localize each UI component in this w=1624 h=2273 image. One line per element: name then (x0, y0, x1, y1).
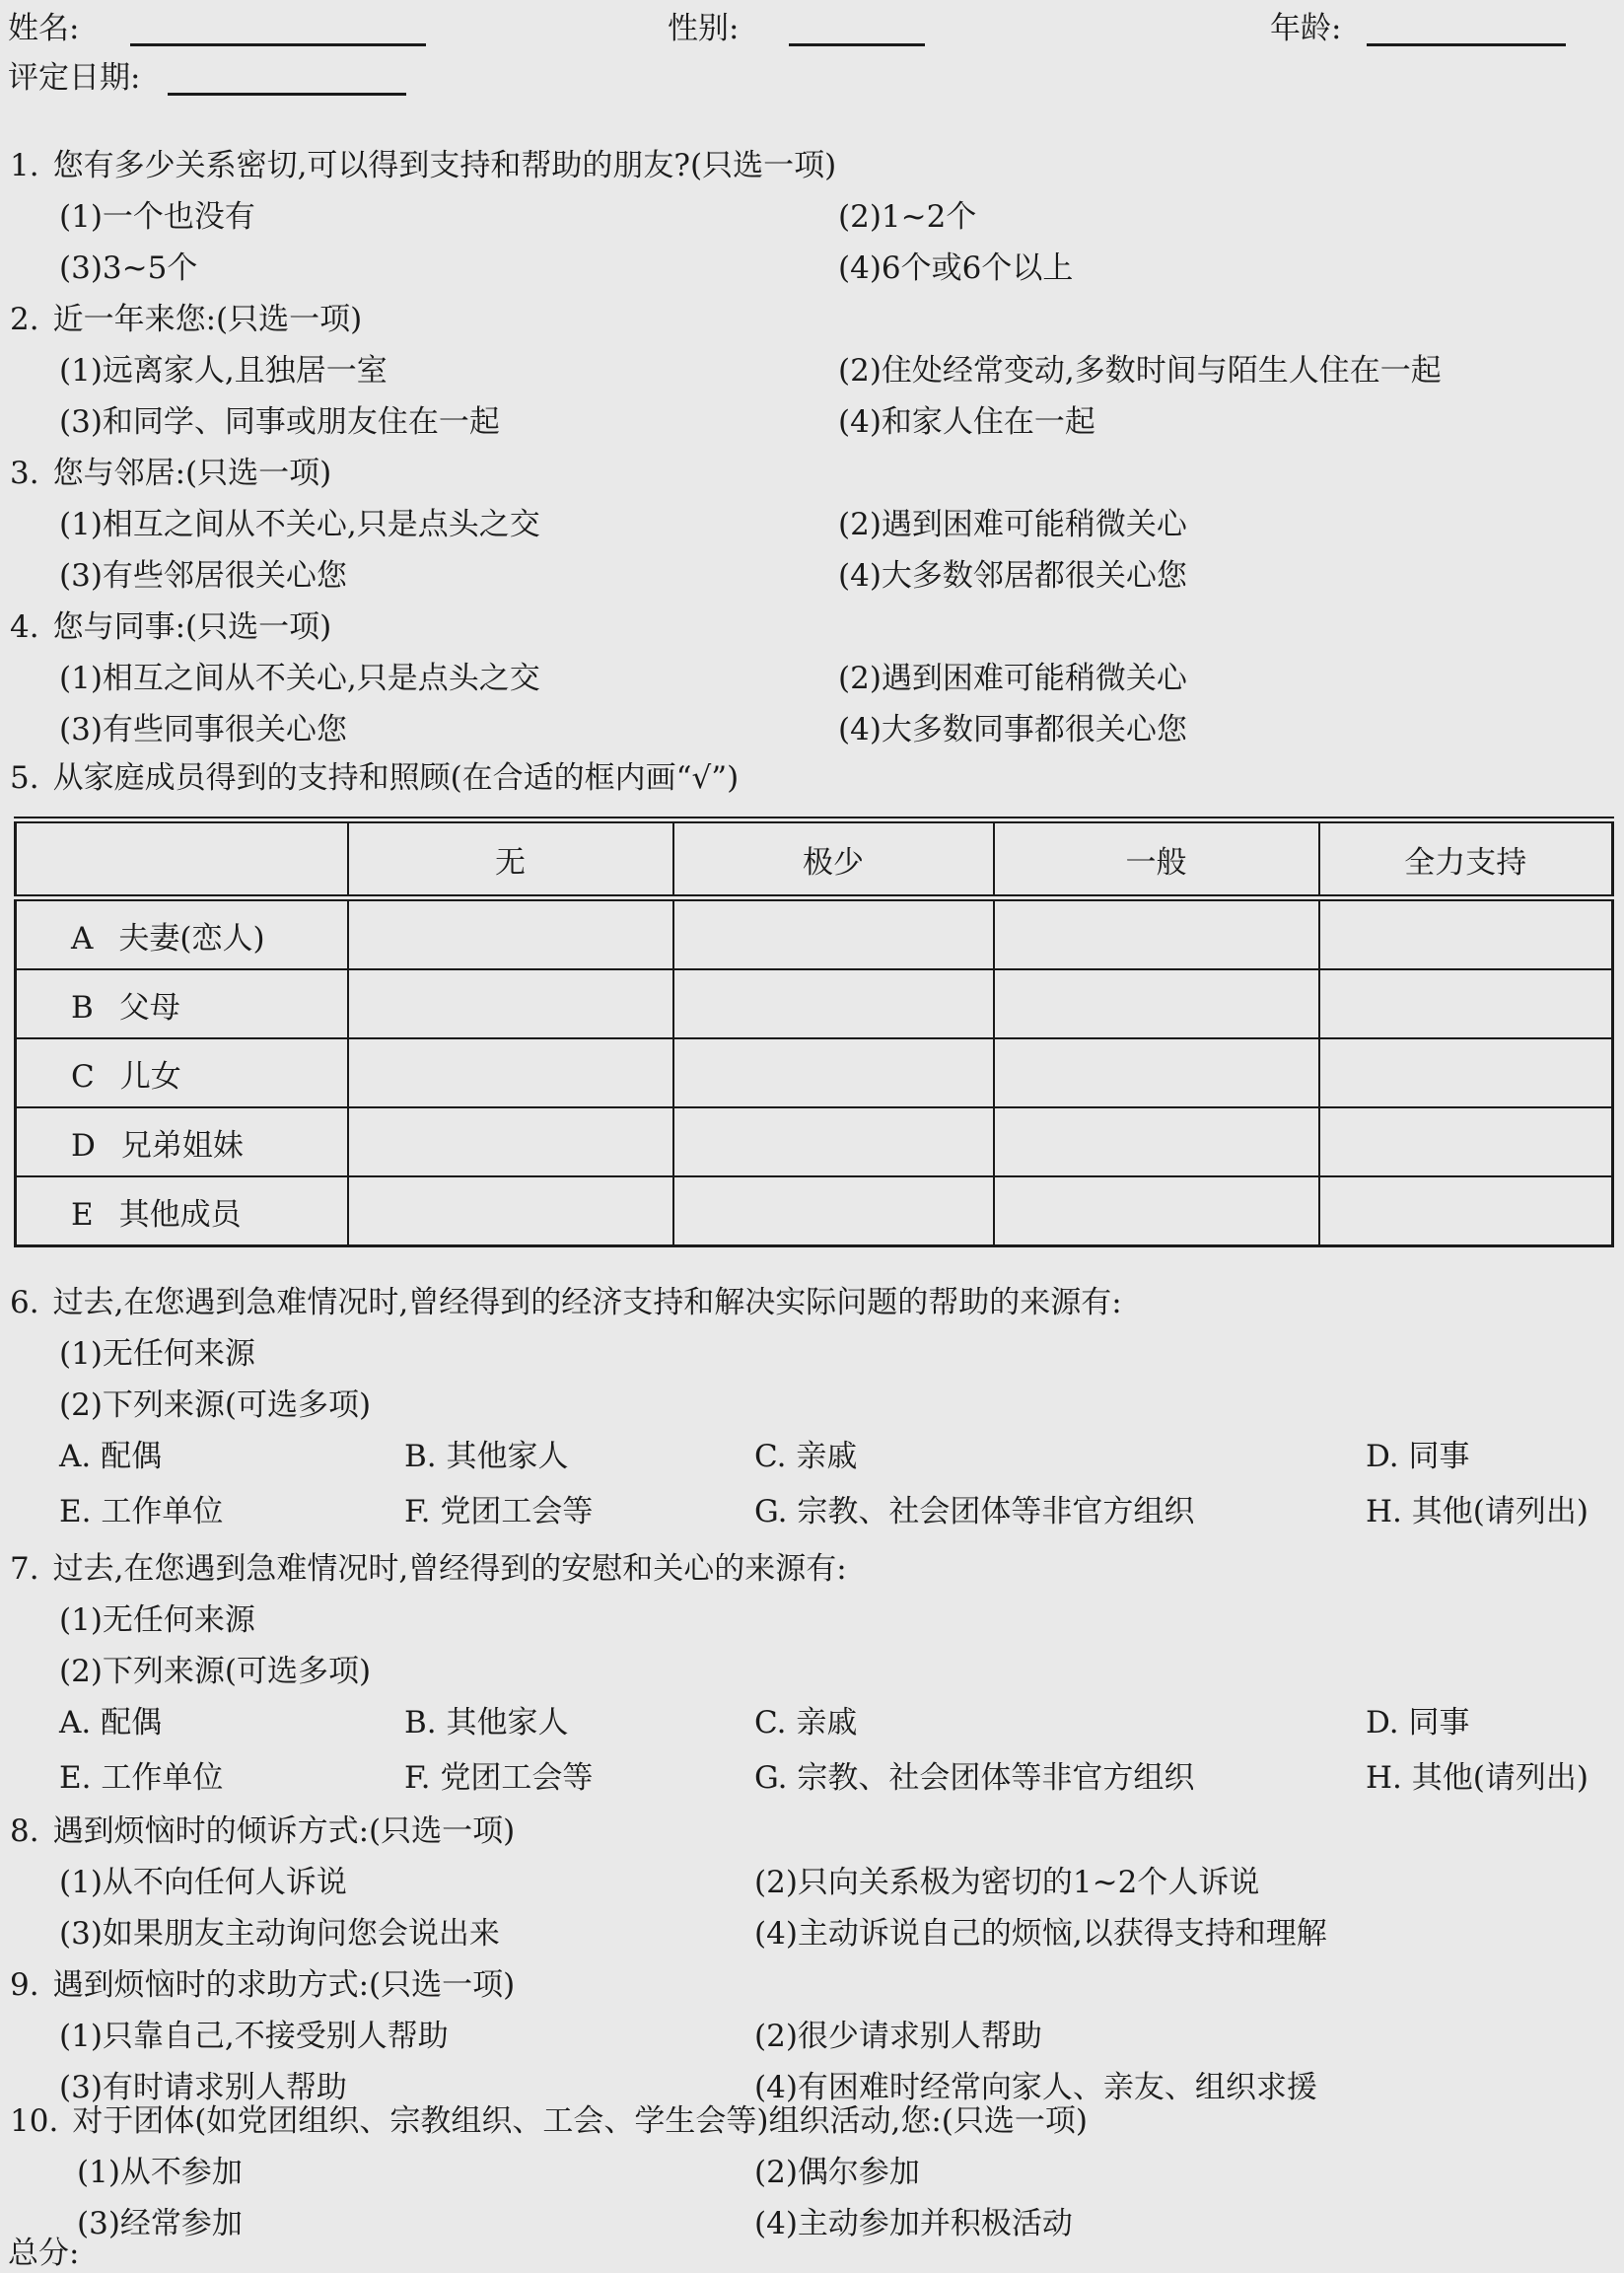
q10-title: 10.对于团体(如党团组织、宗教组织、工会、学生会等)组织活动,您:(只选一项) (0, 2098, 1624, 2144)
support-cell[interactable] (1319, 1038, 1613, 1107)
q6-source-c[interactable]: C. 亲戚 (754, 1434, 857, 1479)
q1-option-3[interactable]: (3)3~5个 (59, 246, 197, 291)
q8-option-2[interactable]: (2)只向关系极为密切的1~2个人诉说 (754, 1860, 1259, 1905)
support-cell[interactable] (1319, 898, 1613, 970)
q5-title: 5.从家庭成员得到的支持和照顾(在合适的框内画“√”) (0, 755, 1624, 801)
q6-option-2[interactable]: (2)下列来源(可选多项) (59, 1383, 371, 1428)
q3-option-3[interactable]: (3)有些邻居很关心您 (59, 553, 347, 599)
support-cell[interactable] (348, 969, 673, 1038)
q8-option-4[interactable]: (4)主动诉说自己的烦恼,以获得支持和理解 (754, 1911, 1327, 1956)
row-header-children: C儿女 (16, 1038, 348, 1107)
q2-option-1[interactable]: (1)远离家人,且独居一室 (59, 348, 388, 393)
q8-title: 8.遇到烦恼时的倾诉方式:(只选一项) (0, 1809, 1624, 1854)
q4-option-4[interactable]: (4)大多数同事都很关心您 (838, 707, 1187, 752)
row-header-other-members: E其他成员 (16, 1176, 348, 1246)
q6-source-a[interactable]: A. 配偶 (59, 1434, 162, 1479)
q9-title: 9.遇到烦恼时的求助方式:(只选一项) (0, 1962, 1624, 2008)
table-row: B父母 (16, 969, 1613, 1038)
q6-option-1[interactable]: (1)无任何来源 (59, 1331, 255, 1377)
q8-option-3[interactable]: (3)如果朋友主动询问您会说出来 (59, 1911, 500, 1956)
q7-source-d[interactable]: D. 同事 (1366, 1700, 1469, 1745)
q2-title: 2.近一年来您:(只选一项) (0, 297, 1624, 342)
table-row: C儿女 (16, 1038, 1613, 1107)
row-header-siblings: D兄弟姐妹 (16, 1107, 348, 1176)
q4-option-2[interactable]: (2)遇到困难可能稍微关心 (838, 656, 1187, 701)
q7-source-f[interactable]: F. 党团工会等 (404, 1755, 593, 1801)
gender-blank[interactable] (789, 8, 925, 46)
q1-title: 1.您有多少关系密切,可以得到支持和帮助的朋友?(只选一项) (0, 143, 1624, 188)
q1-option-1[interactable]: (1)一个也没有 (59, 194, 255, 240)
support-cell[interactable] (348, 898, 673, 970)
q2-option-3[interactable]: (3)和同学、同事或朋友住在一起 (59, 399, 500, 445)
q7-source-e[interactable]: E. 工作单位 (59, 1755, 223, 1801)
support-cell[interactable] (348, 1176, 673, 1246)
support-cell[interactable] (673, 1107, 994, 1176)
q6-source-b[interactable]: B. 其他家人 (404, 1434, 569, 1479)
column-header-none: 无 (348, 820, 673, 898)
q2-option-2[interactable]: (2)住处经常变动,多数时间与陌生人住在一起 (838, 348, 1442, 393)
q10-option-1[interactable]: (1)从不参加 (77, 2150, 243, 2195)
column-header-general: 一般 (994, 820, 1319, 898)
q3-option-4[interactable]: (4)大多数邻居都很关心您 (838, 553, 1187, 599)
q7-source-c[interactable]: C. 亲戚 (754, 1700, 857, 1745)
q7-source-b[interactable]: B. 其他家人 (404, 1700, 569, 1745)
q6-title: 6.过去,在您遇到急难情况时,曾经得到的经济支持和解决实际问题的帮助的来源有: (0, 1280, 1624, 1325)
q1-option-2[interactable]: (2)1~2个 (838, 194, 976, 240)
q7-source-g[interactable]: G. 宗教、社会团体等非官方组织 (754, 1755, 1194, 1801)
gender-label: 性别: (668, 8, 739, 49)
support-cell[interactable] (673, 969, 994, 1038)
support-cell[interactable] (994, 1038, 1319, 1107)
age-label: 年龄: (1270, 8, 1341, 49)
table-row: A夫妻(恋人) (16, 898, 1613, 970)
support-cell[interactable] (673, 898, 994, 970)
name-label: 姓名: (8, 8, 79, 49)
q7-option-1[interactable]: (1)无任何来源 (59, 1598, 255, 1643)
q7-source-h[interactable]: H. 其他(请列出) (1366, 1755, 1589, 1801)
support-cell[interactable] (994, 1176, 1319, 1246)
support-cell[interactable] (994, 1107, 1319, 1176)
support-cell[interactable] (994, 898, 1319, 970)
table-row: D兄弟姐妹 (16, 1107, 1613, 1176)
q3-title: 3.您与邻居:(只选一项) (0, 451, 1624, 496)
support-cell[interactable] (1319, 1107, 1613, 1176)
support-cell[interactable] (673, 1038, 994, 1107)
q6-source-g[interactable]: G. 宗教、社会团体等非官方组织 (754, 1489, 1194, 1534)
q9-option-2[interactable]: (2)很少请求别人帮助 (754, 2014, 1042, 2059)
support-cell[interactable] (348, 1107, 673, 1176)
total-score-label: 总分: (0, 2231, 1624, 2273)
q9-option-1[interactable]: (1)只靠自己,不接受别人帮助 (59, 2014, 449, 2059)
q6-source-h[interactable]: H. 其他(请列出) (1366, 1489, 1589, 1534)
assessment-date-label: 评定日期: (8, 57, 140, 99)
family-support-table: 无 极少 一般 全力支持 A夫妻(恋人) B父母 C儿女 D兄弟姐妹 (14, 817, 1614, 1247)
assessment-date-blank[interactable] (168, 57, 406, 96)
support-cell[interactable] (348, 1038, 673, 1107)
q10-option-2[interactable]: (2)偶尔参加 (754, 2150, 920, 2195)
q3-option-2[interactable]: (2)遇到困难可能稍微关心 (838, 502, 1187, 547)
q2-option-4[interactable]: (4)和家人住在一起 (838, 399, 1095, 445)
support-cell[interactable] (1319, 969, 1613, 1038)
q6-source-d[interactable]: D. 同事 (1366, 1434, 1469, 1479)
q3-option-1[interactable]: (1)相互之间从不关心,只是点头之交 (59, 502, 540, 547)
support-cell[interactable] (673, 1176, 994, 1246)
q6-source-e[interactable]: E. 工作单位 (59, 1489, 223, 1534)
questionnaire-page: 姓名: 性别: 年龄: 评定日期: 1.您有多少关系密切,可以得到支持和帮助的朋… (0, 0, 1624, 2273)
support-cell[interactable] (994, 969, 1319, 1038)
column-header-rare: 极少 (673, 820, 994, 898)
q4-option-3[interactable]: (3)有些同事很关心您 (59, 707, 347, 752)
q4-option-1[interactable]: (1)相互之间从不关心,只是点头之交 (59, 656, 540, 701)
q1-option-4[interactable]: (4)6个或6个以上 (838, 246, 1073, 291)
table-row: E其他成员 (16, 1176, 1613, 1246)
table-corner-cell (16, 820, 348, 898)
row-header-spouse: A夫妻(恋人) (16, 898, 348, 970)
q4-title: 4.您与同事:(只选一项) (0, 604, 1624, 650)
q6-source-f[interactable]: F. 党团工会等 (404, 1489, 593, 1534)
name-blank[interactable] (130, 8, 426, 46)
q7-source-a[interactable]: A. 配偶 (59, 1700, 162, 1745)
row-header-parents: B父母 (16, 969, 348, 1038)
age-blank[interactable] (1367, 8, 1566, 46)
support-cell[interactable] (1319, 1176, 1613, 1246)
q7-option-2[interactable]: (2)下列来源(可选多项) (59, 1649, 371, 1694)
q7-title: 7.过去,在您遇到急难情况时,曾经得到的安慰和关心的来源有: (0, 1546, 1624, 1592)
q8-option-1[interactable]: (1)从不向任何人诉说 (59, 1860, 347, 1905)
column-header-full: 全力支持 (1319, 820, 1613, 898)
